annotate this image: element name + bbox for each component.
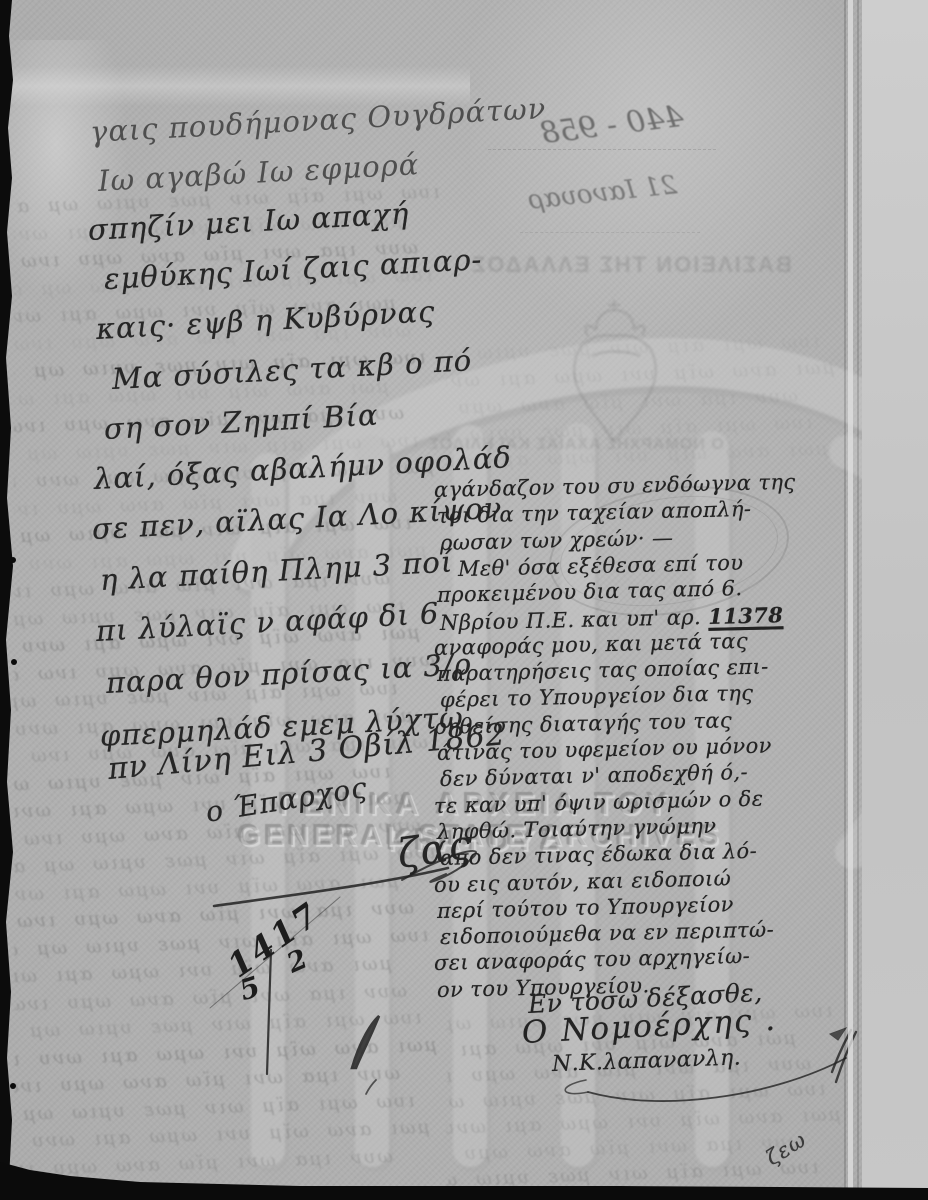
handwriting-line-left: Ιω αγαβώ Ιω εφμορά	[97, 147, 420, 198]
bleed-date: 21 Ιανουαρ	[527, 170, 679, 215]
paper-light-patch	[470, 0, 845, 330]
handwriting-line-right: περί τούτου το Υπουργείον	[437, 892, 734, 923]
bleed-row: ιυω ωμι αϊμ ωιν μωε υμιω ωμ αιν ωμυ ινω …	[14, 841, 441, 880]
bleed-row: μωι ανω ωϊμ υνι ωμω αμι ωνυ ιμω ωαν μιω …	[14, 868, 441, 907]
bleed-row: ιυω ωμι αϊμ ωιν μωε υμιω ωμ αιν ωμυ ινω …	[446, 1077, 847, 1115]
scanned-letter-page: ΓΕΝΙΚΑ ΑΡΧΕΙΑ ΤΟΥ ΚΡΑΤΟΥΣ GENERAL STATE …	[0, 0, 928, 1200]
handwriting-line-left: καις· εψβ η Κυβύρνας	[95, 294, 436, 346]
bleed-kingdom-title: ΒΑΣΙΛΕΙΟΝ ΤΗΣ ΕΛΛΑΔΟΣ	[470, 252, 792, 278]
bleed-row: ιυω ωμι αϊμ ωιν μωε υμιω ωμ αιν ωμυ ινω …	[446, 329, 847, 367]
bleed-row: μωι ανω ωϊμ υνι ωμω αμι ωνυ ιμω ωαν μιω …	[14, 1033, 441, 1072]
bleed-ref-number: 440 - 958	[538, 99, 685, 151]
bleed-row: ιυω ωμι αϊμ ωιν μωε υμιω ωμ αιν ωμυ ινω …	[14, 1006, 441, 1045]
handwriting-line-left: παρα θον πρίσας ια 3/ρ	[105, 647, 472, 700]
header-rule	[488, 149, 716, 150]
handwriting-line-right: προκειμένου δια τας από 6.	[437, 576, 743, 607]
right-page-strip	[862, 0, 928, 1200]
fold-line	[848, 0, 853, 1200]
handwriting-line-right: ου εις αυτόν, και ειδοποιώ	[434, 866, 732, 897]
bleed-row: μωι ανω ωϊμ υνι ωμω αμι ωνυ ιμω ωαν μιω …	[14, 1116, 441, 1155]
fold-line	[844, 0, 846, 1200]
number-five: 5	[235, 970, 264, 1007]
scan-edge-left	[0, 0, 20, 1200]
handwriting-line-left: σπηζίν μει Ιω απαχή	[87, 196, 410, 247]
handwriting-line-right: απο δεν τινας έδωκα δια λό-	[440, 839, 758, 870]
handwriting-line-left: Μα σύσιλες τα κβ ο πό	[111, 343, 473, 396]
bleed-row: μωι ανω ωϊμ υνι ωμω αμι ωνυ ιμω ωαν μιω …	[446, 356, 847, 394]
handwriting-line-left: πι λύλαϊς ν αφάφ δι 6	[95, 596, 440, 648]
underlined-number: 11378	[708, 602, 784, 629]
handwriting-line-right: φέρει το Υπουργείον δια της	[440, 681, 754, 712]
bleed-row: ιυω ωμι αϊμ ωιν μωε υμιω ωμ αιν ωμυ ινω …	[14, 1088, 441, 1127]
handwriting-line-left: ση σον Ζημπί Βία	[103, 398, 379, 446]
handwriting-line-right: ρωσαν των χρεών· —	[440, 525, 674, 554]
bleed-row: ωυν ιμα ωνι μϊω ανω ωμυ ινω αμω ωνι υμω …	[14, 896, 441, 935]
bleed-row: ωυν ιμα ωνι μϊω ανω ωμυ ινω αμω ωνι υμω …	[14, 1061, 441, 1100]
header-rule	[520, 232, 700, 233]
handwriting-line-right: ληφθώ. Τοιαύτην γνώμην	[437, 814, 717, 844]
signature: Ν.Κ.λαπανανλη.	[552, 1045, 742, 1077]
handwriting-line-left: γαις πουδήμονας Ουγδράτων	[89, 91, 547, 149]
bleed-row: ωυν ιμα ωνι μϊω ανω ωμυ ινω αμω ωνι υμω …	[446, 383, 847, 421]
handwriting-line-left: η λα παίθη Πλημ 3 ποί	[99, 545, 454, 597]
fold-line	[857, 0, 859, 1200]
handwriting-line-right: σει αναφοράς του αρχηγείω-	[434, 944, 751, 975]
handwriting-line-right: δεν δύναται ν' αποδεχθή ό,-	[440, 760, 748, 791]
handwriting-line-left: εμθύκης Ιωί ζαις απιαρ-	[103, 242, 483, 296]
bleed-row: ωυν ιμα ωνι μϊω ανω ωμυ ινω αμω ωνι υμω …	[14, 1143, 441, 1182]
left-closing: ο Έπαρχος	[203, 771, 369, 829]
bleed-row: ωυν ιμα ωνι μϊω ανω ωμυ ινω αμω ωνι υμω …	[14, 978, 441, 1017]
number-two: 2	[283, 944, 313, 980]
corner-note: ζεω	[762, 1127, 811, 1170]
